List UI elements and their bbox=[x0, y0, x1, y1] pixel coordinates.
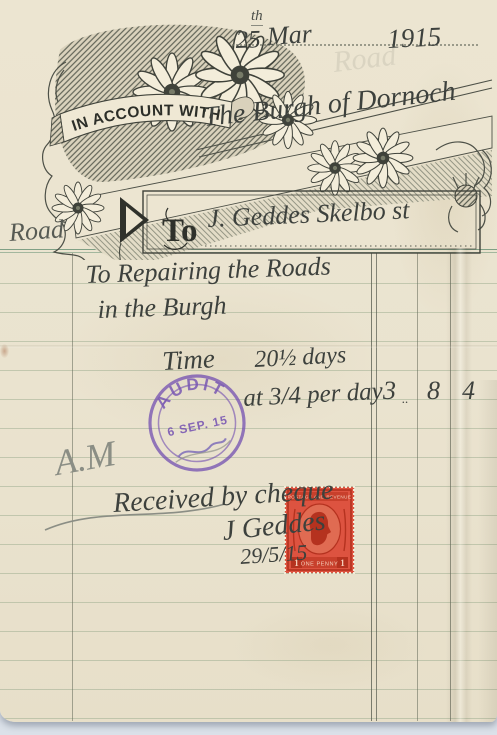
pencil-initials: A.M bbox=[52, 435, 118, 481]
date-month: Mar bbox=[266, 21, 312, 50]
audit-date: 6 SEP. 15 bbox=[166, 413, 229, 439]
edge-nick bbox=[0, 344, 9, 358]
amount-dots: .. bbox=[402, 392, 409, 405]
ghost-show-through-note: Road bbox=[331, 41, 398, 78]
amount-pounds: 3 bbox=[383, 378, 396, 404]
service-line-2: in the Burgh bbox=[97, 293, 227, 323]
right-edge-crease bbox=[478, 380, 497, 722]
paper-sheet: IN ACCOUNT WITH To th 25 Mar 1915 bbox=[0, 0, 497, 722]
scanned-invoice-burgh-of-dornoch: IN ACCOUNT WITH To th 25 Mar 1915 bbox=[0, 0, 497, 735]
receipt-date: 29/5/15 bbox=[239, 541, 308, 568]
date-ordinal: th bbox=[251, 8, 263, 26]
horizontal-crease bbox=[0, 345, 497, 348]
amount-shillings: 8 bbox=[427, 378, 440, 404]
margin-rule bbox=[72, 253, 73, 721]
audit-stamp: AUDIT 6 SEP. 15 bbox=[132, 358, 262, 488]
margin-note-road: Road bbox=[8, 216, 65, 246]
thistle-head bbox=[455, 185, 477, 207]
shillings-column-rule bbox=[417, 253, 418, 721]
time-label: Time bbox=[162, 345, 216, 375]
vertical-crease bbox=[446, 248, 472, 722]
stamp-denomination-right: 1 bbox=[340, 558, 345, 568]
date-day: 25 bbox=[235, 27, 261, 53]
pounds-column-rule bbox=[371, 253, 377, 721]
